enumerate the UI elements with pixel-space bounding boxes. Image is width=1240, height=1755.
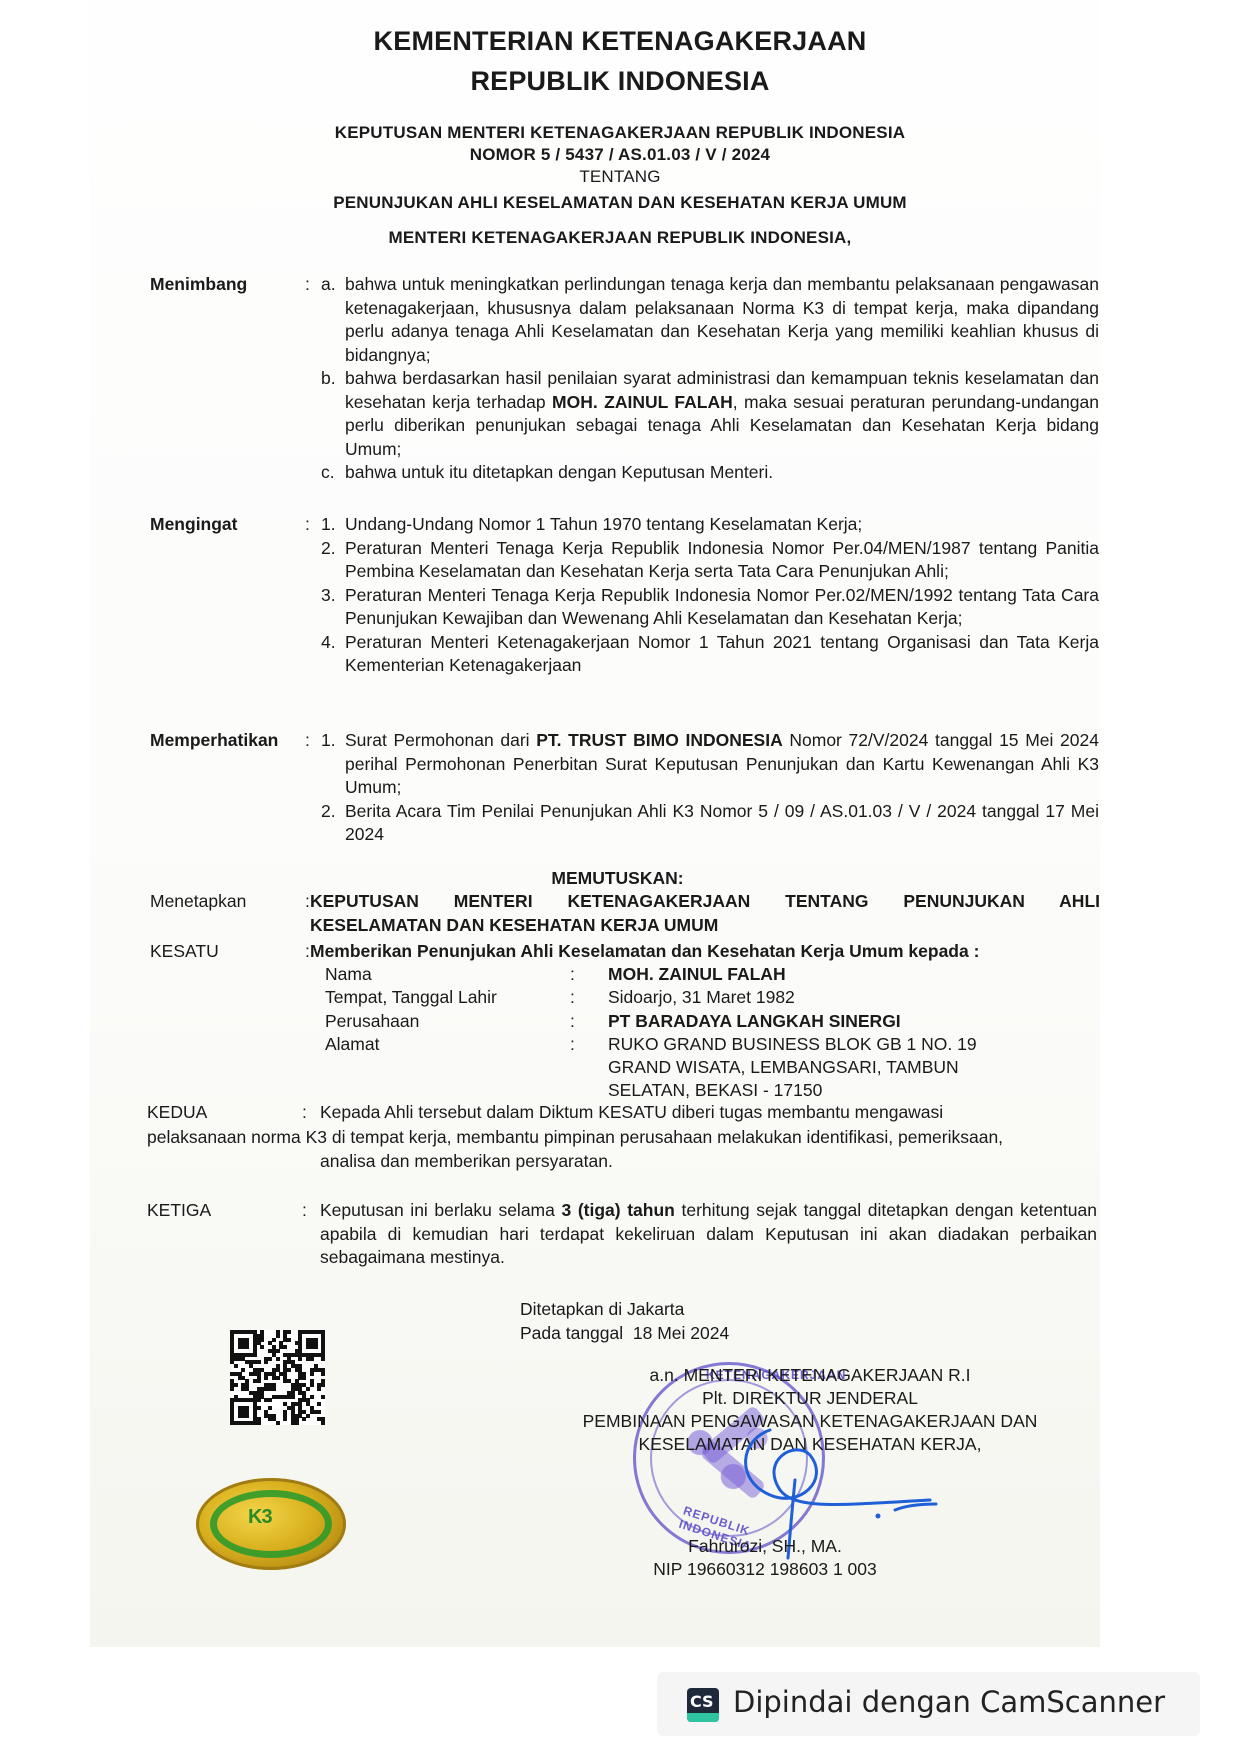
item-text: Undang-Undang Nomor 1 Tahun 1970 tentang… [345, 513, 1099, 537]
item-text: Peraturan Menteri Ketenagakerjaan Nomor … [345, 631, 1099, 678]
field-label: Tempat, Tanggal Lahir [325, 986, 497, 1009]
issuance-place-date: Ditetapkan di Jakarta Pada tanggal 18 Me… [520, 1298, 729, 1345]
kesatu-lead: Memberikan Penunjukan Ahli Keselamatan d… [310, 941, 979, 961]
signatory-name-block: Fahrurozi, SH., MA. NIP 19660312 198603 … [600, 1535, 930, 1581]
section-body: Keputusan ini berlaku selama 3 (tiga) ta… [320, 1199, 1097, 1270]
ministry-name-line1: KEMENTERIAN KETENAGAKERJAAN [0, 26, 1240, 57]
section-body: a. bahwa untuk meningkatkan perlindungan… [321, 273, 1099, 485]
field-colon: : [570, 986, 575, 1009]
field-label: Nama [325, 963, 372, 986]
item-marker: 4. [321, 631, 336, 655]
section-body: KEPUTUSAN MENTERI KETENAGAKERJAAN TENTAN… [310, 890, 1100, 937]
decision-title-line1: KEPUTUSAN MENTERI KETENAGAKERJAAN TENTAN… [310, 890, 1100, 914]
memutuskan-heading: MEMUTUSKAN: [0, 868, 1235, 889]
field-colon: : [570, 1010, 575, 1033]
item-marker: a. [321, 273, 336, 297]
list-item: 2. Peraturan Menteri Tenaga Kerja Republ… [321, 537, 1099, 584]
decree-subject: PENUNJUKAN AHLI KESELAMATAN DAN KESEHATA… [0, 193, 1240, 213]
field-label: Alamat [325, 1033, 379, 1056]
signatory-position-1: Plt. DIREKTUR JENDERAL [540, 1387, 1080, 1410]
section-colon: : [305, 729, 310, 753]
camscanner-text: Dipindai dengan CamScanner [733, 1685, 1165, 1719]
item-marker: 1. [321, 513, 336, 537]
list-item: a. bahwa untuk meningkatkan perlindungan… [321, 273, 1099, 367]
item-text: bahwa berdasarkan hasil penilaian syarat… [345, 367, 1099, 461]
signatory-nip: NIP 19660312 198603 1 003 [600, 1558, 930, 1581]
list-item: 1. Undang-Undang Nomor 1 Tahun 1970 tent… [321, 513, 1099, 537]
appointee-name: MOH. ZAINUL FALAH [608, 963, 786, 986]
section-label: Memperhatikan [150, 729, 278, 753]
item-text: bahwa untuk itu ditetapkan dengan Keputu… [345, 461, 1099, 485]
kedua-text-line1: Kepada Ahli tersebut dalam Diktum KESATU… [320, 1102, 943, 1123]
list-item: 2. Berita Acara Tim Penilai Penunjukan A… [321, 800, 1099, 847]
section-colon: : [302, 1199, 307, 1223]
field-colon: : [570, 963, 575, 986]
decree-issuer: MENTERI KETENAGAKERJAAN REPUBLIK INDONES… [0, 228, 1240, 248]
list-item: 4. Peraturan Menteri Ketenagakerjaan Nom… [321, 631, 1099, 678]
section-label: Mengingat [150, 513, 238, 537]
item-marker: b. [321, 367, 336, 391]
decision-title-line2: KESELAMATAN DAN KESEHATAN KERJA UMUM [310, 915, 718, 935]
item-text: Berita Acara Tim Penilai Penunjukan Ahli… [345, 800, 1099, 847]
kedua-label: KEDUA [147, 1102, 207, 1123]
k3-hologram-seal: K3 [196, 1478, 346, 1570]
item-marker: 3. [321, 584, 336, 608]
item-text: Surat Permohonan dari PT. TRUST BIMO IND… [345, 729, 1099, 800]
on-behalf-of: a.n. MENTERI KETENAGAKERJAAN R.I [540, 1364, 1080, 1387]
section-label: Menimbang [150, 273, 247, 297]
address-line-3: SELATAN, BEKASI - 17150 [608, 1079, 822, 1102]
item-marker: 2. [321, 800, 336, 824]
address-line-1: RUKO GRAND BUSINESS BLOK GB 1 NO. 19 [608, 1033, 977, 1056]
item-text: bahwa untuk meningkatkan perlindungan te… [345, 273, 1099, 367]
list-item: 1. Surat Permohonan dari PT. TRUST BIMO … [321, 729, 1099, 800]
item-text: Peraturan Menteri Tenaga Kerja Republik … [345, 537, 1099, 584]
field-label: Perusahaan [325, 1010, 419, 1033]
applicant-company: PT. TRUST BIMO INDONESIA [536, 730, 783, 750]
section-colon: : [305, 273, 310, 297]
company-name: PT BARADAYA LANGKAH SINERGI [608, 1010, 901, 1033]
ministry-name-line2: REPUBLIK INDONESIA [0, 66, 1240, 97]
validity-period: 3 (tiga) tahun [561, 1200, 674, 1220]
kedua-text-line3: analisa dan memberikan persyaratan. [320, 1151, 613, 1172]
qr-code [230, 1330, 325, 1425]
list-item: b. bahwa berdasarkan hasil penilaian sya… [321, 367, 1099, 461]
section-body: 1. Surat Permohonan dari PT. TRUST BIMO … [321, 729, 1099, 847]
signatory-name: Fahrurozi, SH., MA. [600, 1535, 930, 1558]
camscanner-logo-icon: CS [687, 1688, 719, 1722]
list-item: c. bahwa untuk itu ditetapkan dengan Kep… [321, 461, 1099, 485]
decree-title: KEPUTUSAN MENTERI KETENAGAKERJAAN REPUBL… [0, 123, 1240, 143]
field-colon: : [570, 1033, 575, 1056]
section-body: Memberikan Penunjukan Ahli Keselamatan d… [310, 940, 1110, 964]
ketiga-text-part: Keputusan ini berlaku selama [320, 1200, 561, 1220]
appointee-name-inline: MOH. ZAINUL FALAH [552, 392, 733, 412]
item-marker: c. [321, 461, 335, 485]
section-colon: : [305, 513, 310, 537]
camscanner-logo-text: CS [690, 1692, 714, 1711]
section-body: 1. Undang-Undang Nomor 1 Tahun 1970 tent… [321, 513, 1099, 678]
item-text: Peraturan Menteri Tenaga Kerja Republik … [345, 584, 1099, 631]
list-item: 3. Peraturan Menteri Tenaga Kerja Republ… [321, 584, 1099, 631]
item-marker: 2. [321, 537, 336, 561]
hologram-k3-mark: K3 [248, 1506, 272, 1529]
issuance-place: Ditetapkan di Jakarta [520, 1298, 729, 1322]
birth-place-date: Sidoarjo, 31 Maret 1982 [608, 986, 795, 1009]
kedua-colon: : [302, 1102, 307, 1123]
decree-number: NOMOR 5 / 5437 / AS.01.03 / V / 2024 [0, 145, 1240, 165]
section-label: Menetapkan [150, 890, 246, 914]
item-text-part: Surat Permohonan dari [345, 730, 536, 750]
decree-about: TENTANG [0, 167, 1240, 187]
kedua-text-line2: pelaksanaan norma K3 di tempat kerja, me… [147, 1127, 1003, 1148]
address-line-2: GRAND WISATA, LEMBANGSARI, TAMBUN [608, 1056, 959, 1079]
issuance-date: Pada tanggal 18 Mei 2024 [520, 1322, 729, 1346]
item-marker: 1. [321, 729, 336, 753]
camscanner-watermark: CS Dipindai dengan CamScanner [657, 1672, 1200, 1736]
section-label: KETIGA [147, 1199, 211, 1223]
section-label: KESATU [150, 940, 219, 964]
